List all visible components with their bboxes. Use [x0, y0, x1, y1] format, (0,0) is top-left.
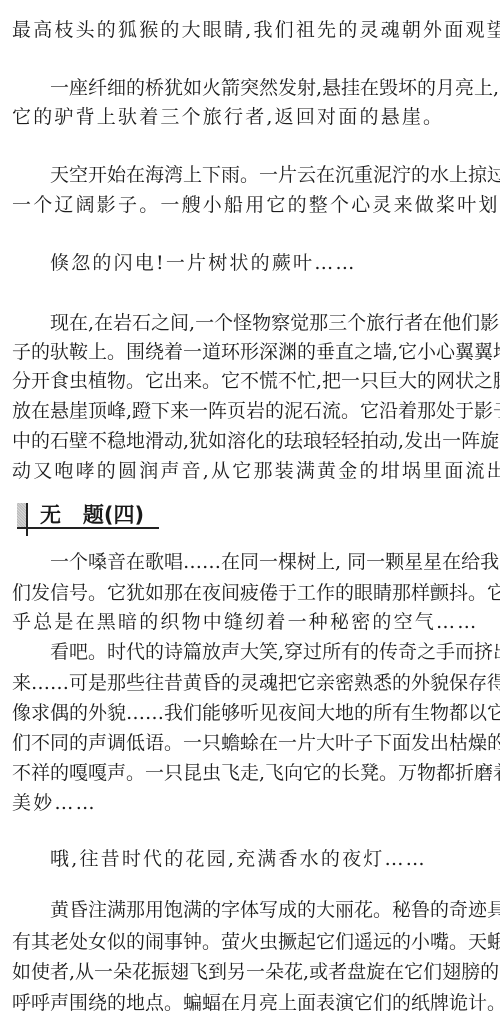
paragraph-line: 有其老处女似的闹事钟。萤火虫撅起它们遥远的小嘴。天蛾犹	[12, 927, 481, 957]
section-title: 无 题(四)	[40, 502, 144, 528]
heading-marker-block	[17, 503, 26, 528]
heading-marker-line	[26, 503, 28, 536]
paragraph-line: 黄昏注满那用饱满的字体写成的大丽花。秘鲁的奇迹具	[50, 895, 481, 925]
paragraph-line: 最高枝头的狐猴的大眼睛,我们祖先的灵魂朝外面观望……	[12, 15, 481, 45]
paragraph-line: 一个辽阔影子。一艘小船用它的整个心灵来做桨叶划动……	[12, 190, 481, 220]
paragraph-line: 现在,在岩石之间,一个怪物察觉那三个旅行者在他们影	[50, 308, 481, 338]
paragraph-line: 子的驮鞍上。围绕着一道环形深渊的垂直之墙,它小心翼翼地	[12, 337, 481, 367]
paragraph-line: 倏忽的闪电!一片树状的蕨叶……	[50, 248, 481, 278]
paragraph-line: 分开食虫植物。它出来。它不慌不忙,把一只巨大的网状之脚	[12, 366, 481, 396]
paragraph-line: 中的石壁不稳地滑动,犹如溶化的珐琅轻轻拍动,发出一阵旋	[12, 426, 481, 456]
paragraph-line: 一个嗓音在歌唱……在同一棵树上, 同一颗星星在给我	[50, 547, 481, 577]
paragraph-line: 们不同的声调低语。一只蟾蜍在一片大叶子下面发出枯燥的、	[12, 728, 481, 758]
paragraph-line: 乎总是在黑暗的织物中缝纫着一种秘密的空气……	[12, 607, 481, 637]
paragraph-line: 放在悬崖顶峰,蹬下来一阵页岩的泥石流。它沿着那处于影子	[12, 396, 481, 426]
paragraph-line: 如使者,从一朵花振翅飞到另一朵花,或者盘旋在它们翅膀的	[12, 957, 481, 987]
paragraph-line: 它的驴背上驮着三个旅行者,返回对面的悬崖。	[12, 102, 481, 132]
paragraph-line: 不祥的嘎嘎声。一只昆虫飞走,飞向它的长凳。万物都折磨着	[12, 758, 481, 788]
paragraph-line: 来……可是那些往昔黄昏的灵魂把它亲密熟悉的外貌保存得	[12, 668, 481, 698]
heading-underline	[17, 527, 159, 529]
paragraph-line: 美妙……	[12, 788, 481, 818]
paragraph-line: 天空开始在海湾上下雨。一片云在沉重泥泞的水上掠过	[50, 160, 481, 190]
paragraph-line: 一座纤细的桥犹如火箭突然发射,悬挂在毁坏的月亮上,	[50, 73, 481, 103]
paragraph-line: 呼呼声围绕的地点。蝙蝠在月亮上面表演它们的纸牌诡计。背	[12, 988, 481, 1018]
paragraph-line: 像求偶的外貌……我们能够听见夜间大地的所有生物都以它	[12, 698, 481, 728]
paragraph-line: 哦,往昔时代的花园,充满香水的夜灯……	[50, 844, 481, 874]
paragraph-line: 看吧。时代的诗篇放声大笑,穿过所有的传奇之手而挤出	[50, 637, 481, 667]
paragraph-line: 动又咆哮的圆润声音,从它那装满黄金的坩埚里面流出来。	[12, 456, 481, 486]
paragraph-line: 们发信号。它犹如那在夜间疲倦于工作的眼睛那样颤抖。它似	[12, 578, 481, 608]
